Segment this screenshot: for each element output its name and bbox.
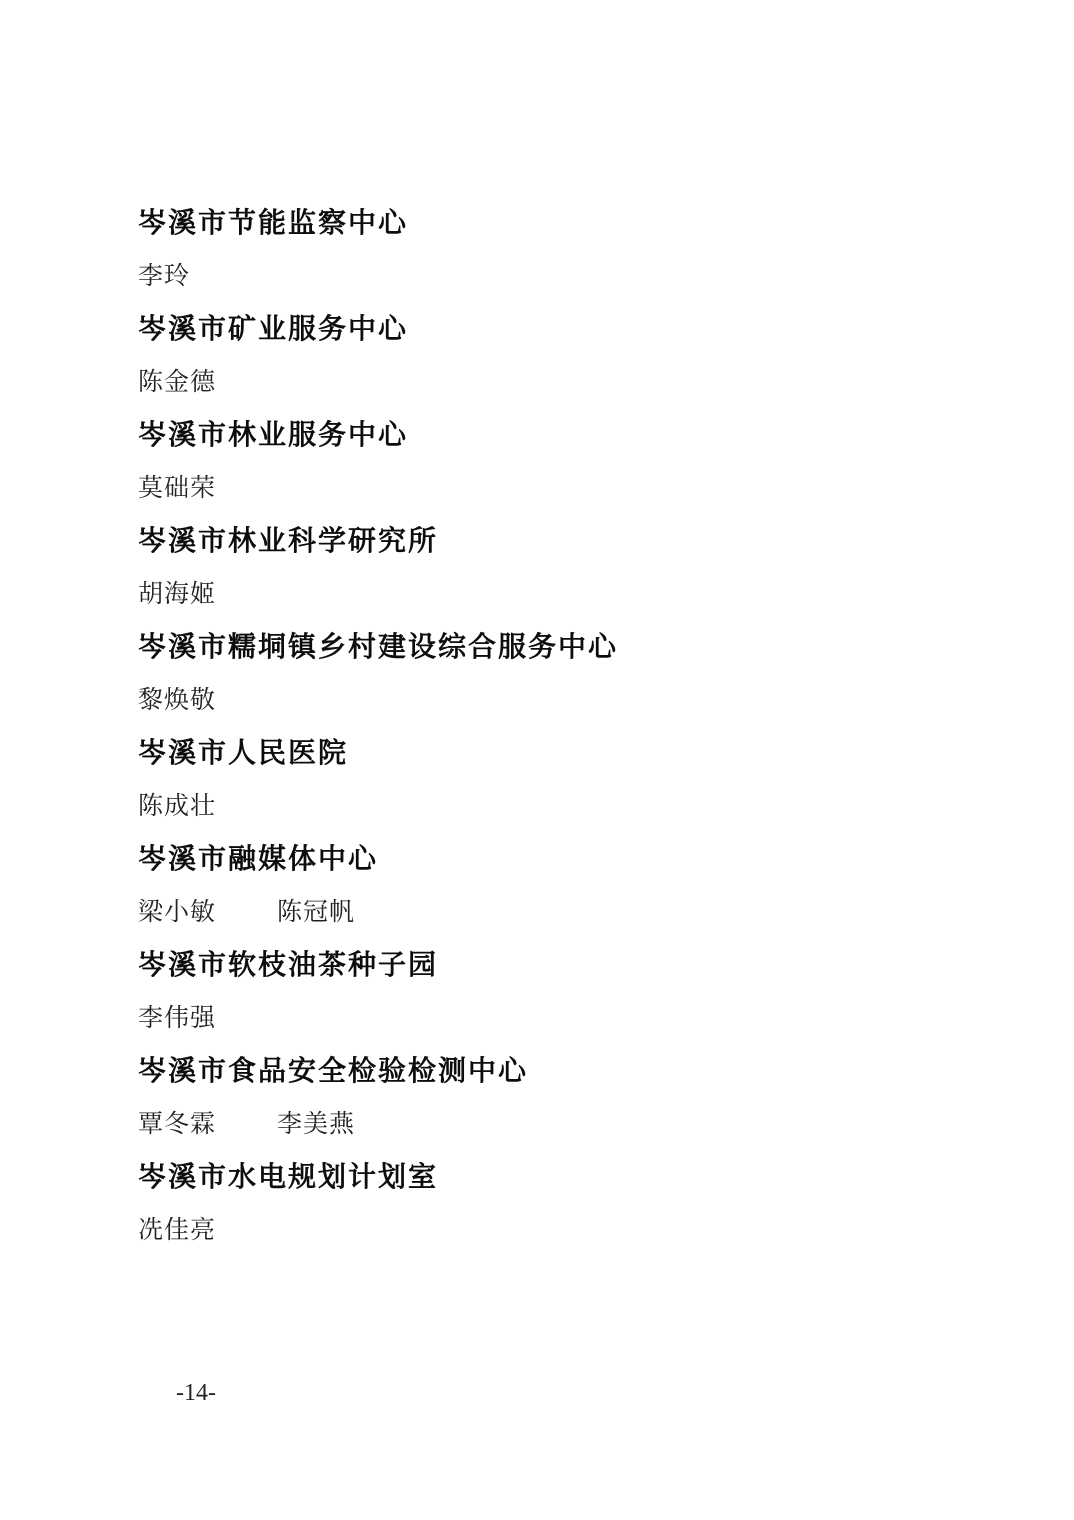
person-name: 陈成壮 — [138, 779, 216, 832]
person-name: 梁小敏 — [138, 885, 216, 938]
organization-name: 岑溪市林业服务中心 — [138, 408, 618, 461]
awardee-list: 岑溪市节能监察中心 李玲 岑溪市矿业服务中心 陈金德 岑溪市林业服务中心 莫础荣… — [138, 196, 618, 1256]
organization-name: 岑溪市融媒体中心 — [138, 832, 618, 885]
organization-name: 岑溪市人民医院 — [138, 726, 618, 779]
person-names: 莫础荣 — [138, 461, 618, 514]
list-item: 岑溪市融媒体中心 梁小敏 陈冠帆 — [138, 832, 618, 938]
list-item: 岑溪市矿业服务中心 陈金德 — [138, 302, 618, 408]
person-names: 李玲 — [138, 249, 618, 302]
person-name: 陈金德 — [138, 355, 216, 408]
person-name: 胡海姬 — [138, 567, 216, 620]
list-item: 岑溪市林业科学研究所 胡海姬 — [138, 514, 618, 620]
person-name: 黎焕敬 — [138, 673, 216, 726]
organization-name: 岑溪市水电规划计划室 — [138, 1150, 618, 1203]
person-names: 梁小敏 陈冠帆 — [138, 885, 618, 938]
person-names: 李伟强 — [138, 991, 618, 1044]
person-names: 冼佳亮 — [138, 1203, 618, 1256]
person-name: 李美燕 — [277, 1097, 355, 1150]
person-names: 覃冬霖 李美燕 — [138, 1097, 618, 1150]
organization-name: 岑溪市矿业服务中心 — [138, 302, 618, 355]
organization-name: 岑溪市糯垌镇乡村建设综合服务中心 — [138, 620, 618, 673]
page-number: -14- — [176, 1380, 216, 1407]
organization-name: 岑溪市节能监察中心 — [138, 196, 618, 249]
person-names: 胡海姬 — [138, 567, 618, 620]
organization-name: 岑溪市软枝油茶种子园 — [138, 938, 618, 991]
list-item: 岑溪市软枝油茶种子园 李伟强 — [138, 938, 618, 1044]
list-item: 岑溪市人民医院 陈成壮 — [138, 726, 618, 832]
list-item: 岑溪市水电规划计划室 冼佳亮 — [138, 1150, 618, 1256]
person-name: 莫础荣 — [138, 461, 216, 514]
organization-name: 岑溪市林业科学研究所 — [138, 514, 618, 567]
person-names: 陈成壮 — [138, 779, 618, 832]
person-name: 覃冬霖 — [138, 1097, 216, 1150]
person-name: 冼佳亮 — [138, 1203, 216, 1256]
organization-name: 岑溪市食品安全检验检测中心 — [138, 1044, 618, 1097]
person-name: 李玲 — [138, 249, 190, 302]
list-item: 岑溪市食品安全检验检测中心 覃冬霖 李美燕 — [138, 1044, 618, 1150]
person-name: 李伟强 — [138, 991, 216, 1044]
list-item: 岑溪市林业服务中心 莫础荣 — [138, 408, 618, 514]
person-names: 黎焕敬 — [138, 673, 618, 726]
document-page: 岑溪市节能监察中心 李玲 岑溪市矿业服务中心 陈金德 岑溪市林业服务中心 莫础荣… — [0, 0, 1074, 1520]
person-names: 陈金德 — [138, 355, 618, 408]
list-item: 岑溪市糯垌镇乡村建设综合服务中心 黎焕敬 — [138, 620, 618, 726]
person-name: 陈冠帆 — [277, 885, 355, 938]
list-item: 岑溪市节能监察中心 李玲 — [138, 196, 618, 302]
